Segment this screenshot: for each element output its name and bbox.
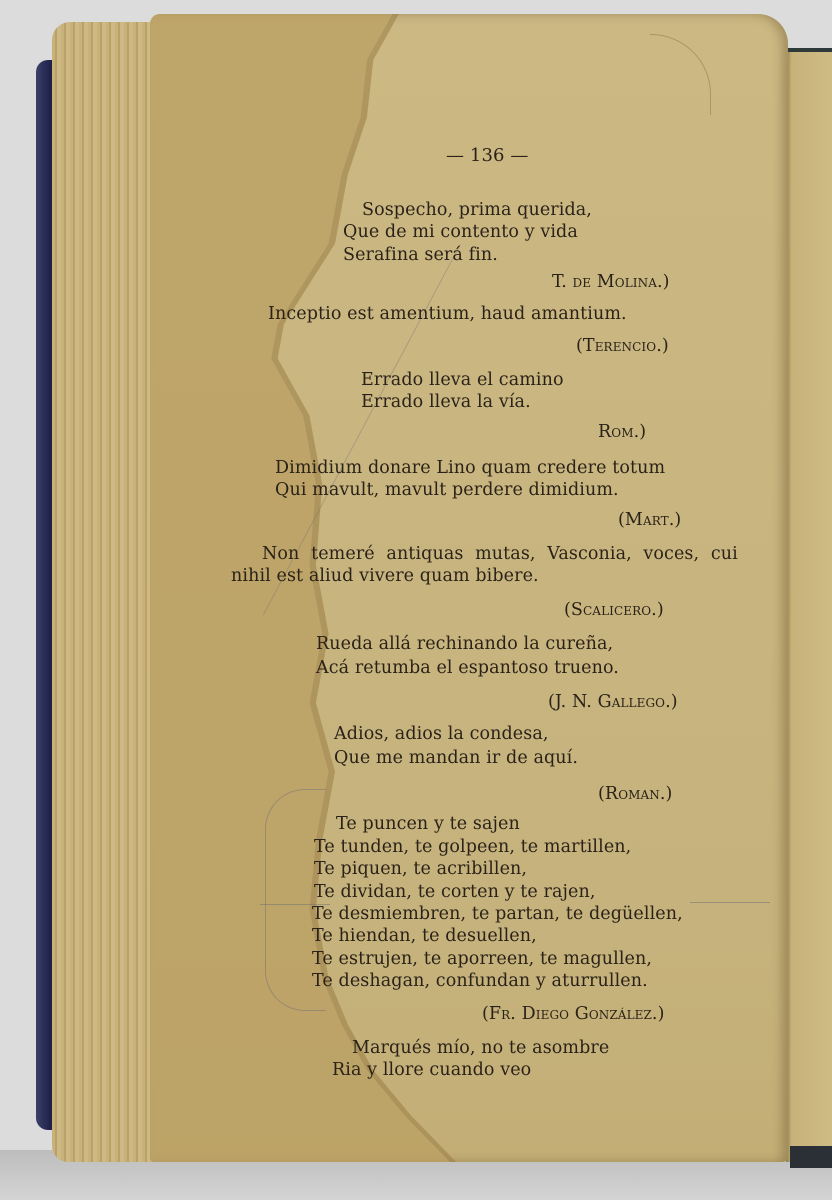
verse-line: Acá retumba el espantoso trueno. <box>316 656 619 680</box>
attribution: (Fr. Diego González.) <box>482 1002 665 1026</box>
verse-line: Errado lleva la vía. <box>361 390 531 414</box>
prose-line: Inceptio est amentium, haud amantium. <box>268 302 627 326</box>
verse-line: Serafina será fin. <box>343 243 498 267</box>
verse-line: Te deshagan, confundan y aturrullen. <box>312 969 648 993</box>
attribution: (Roman.) <box>598 782 673 806</box>
verse-line: Te puncen y te sajen <box>336 812 520 836</box>
verse-line: Que me mandan ir de aquí. <box>334 746 578 770</box>
next-page-edge <box>786 48 832 1162</box>
verse-line: Te desmiembren, te partan, te degüellen, <box>312 902 683 926</box>
verse-line: Te tunden, te golpeen, te martillen, <box>314 835 631 859</box>
prose-line: Non temeré antiquas mutas, Vasconia, voc… <box>262 542 738 566</box>
page-number: — 136 — <box>446 144 529 168</box>
pencil-top-arc <box>650 34 711 115</box>
verse-line: Dimidium donare Lino quam credere totum <box>275 456 665 480</box>
verse-line: Te estrujen, te aporreen, te magullen, <box>312 947 652 971</box>
verse-line: Marqués mío, no te asombre <box>352 1036 609 1060</box>
verse-line: Te piquen, te acribillen, <box>314 857 527 881</box>
verse-line: Rueda allá rechinando la cureña, <box>316 632 613 656</box>
attribution: (J. N. Gallego.) <box>548 690 678 714</box>
attribution: (Terencio.) <box>576 334 669 358</box>
attribution: (Mart.) <box>618 508 681 532</box>
verse-line: Ria y llore cuando veo <box>332 1058 531 1082</box>
verse-line: Adios, adios la condesa, <box>334 722 549 746</box>
verse-line: Qui mavult, mavult perdere dimidium. <box>275 478 619 502</box>
pencil-arrow-right <box>690 902 770 903</box>
attribution: T. de Molina.) <box>552 270 670 294</box>
attribution: Rom.) <box>598 420 646 444</box>
verse-line: Te hiendan, te desuellen, <box>312 924 537 948</box>
book-page: — 136 — Sospecho, prima querida, Que de … <box>150 14 788 1162</box>
verse-line: Te dividan, te corten y te rajen, <box>314 880 596 904</box>
verse-line: Sospecho, prima querida, <box>362 198 592 222</box>
book-cover-right <box>790 1146 832 1168</box>
verse-line: Que de mi contento y vida <box>343 220 578 244</box>
verse-line: Errado lleva el camino <box>361 368 564 392</box>
prose-line: nihil est aliud vivere quam bibere. <box>231 564 539 588</box>
attribution: (Scalicero.) <box>564 598 664 622</box>
